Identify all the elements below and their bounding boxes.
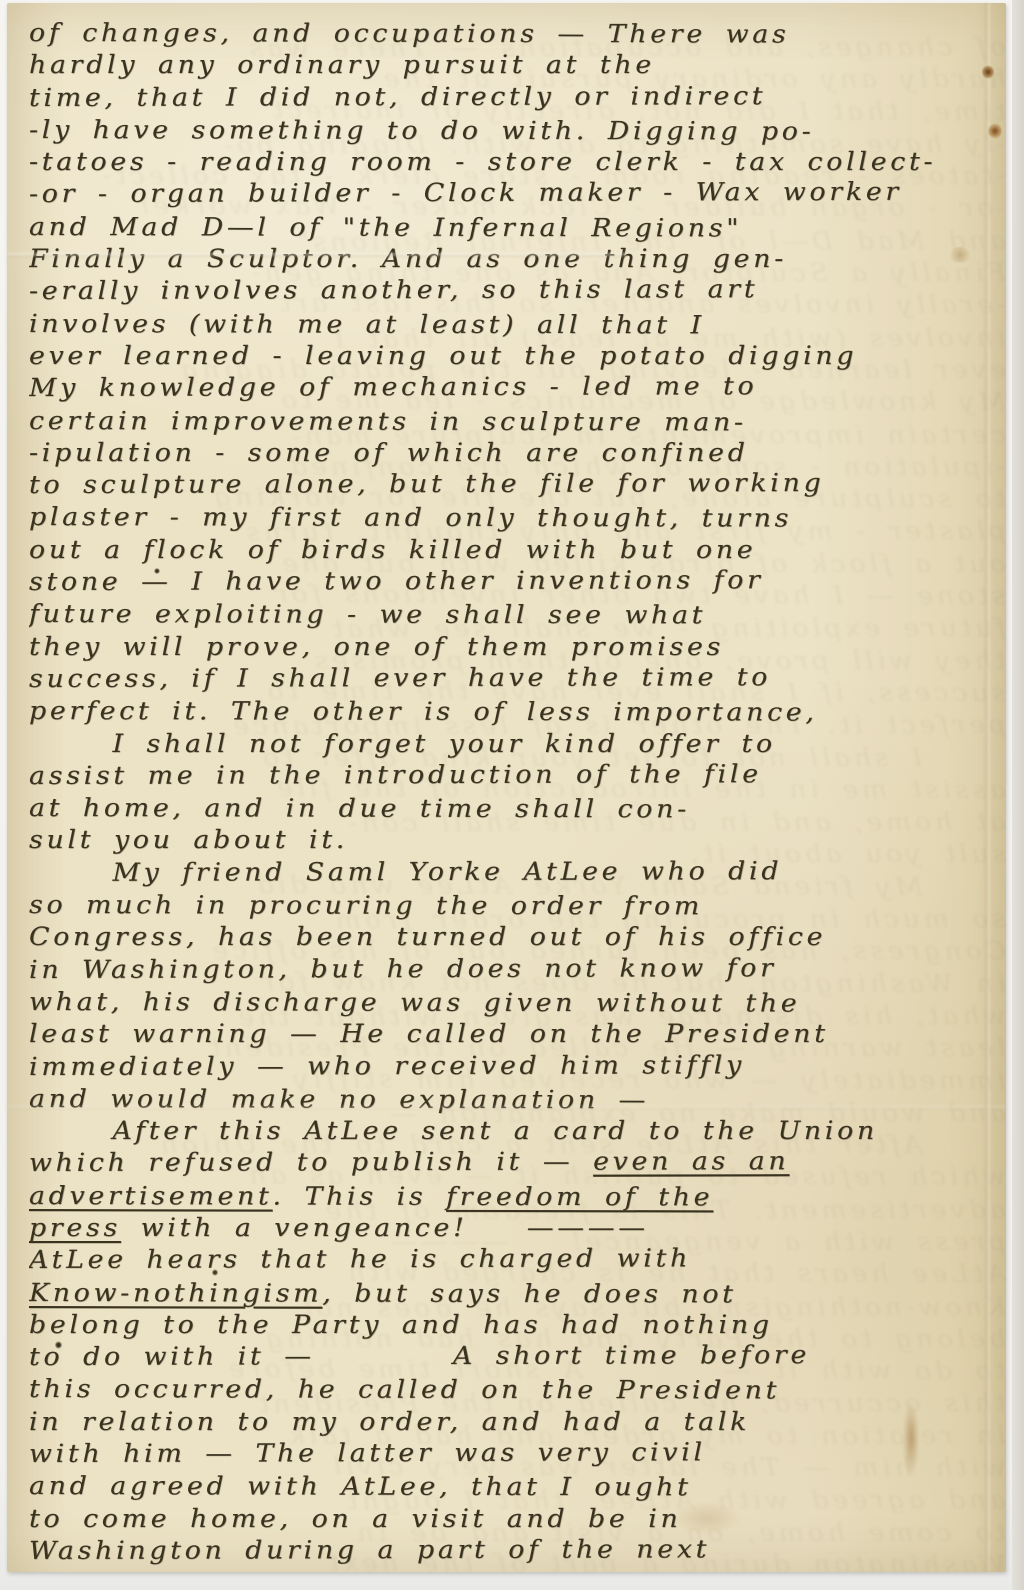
manuscript-line: least warning — He called on the Preside… — [29, 1018, 992, 1050]
manuscript-line: immediately — who received him stiffly — [29, 1048, 992, 1083]
manuscript-line: assist me in the introduction of the fil… — [29, 757, 992, 792]
manuscript-line: at home, and in due time shall con- — [29, 792, 992, 826]
manuscript-line: they will prove, one of them promises — [29, 631, 992, 663]
manuscript-line: so much in procuring the order from — [29, 889, 992, 923]
manuscript-line: Congress, has been turned out of his off… — [29, 921, 992, 953]
manuscript-line: certain improvements in sculpture man- — [29, 405, 992, 439]
manuscript-line: future exploiting - we shall see what — [29, 598, 992, 632]
manuscript-line: perfect it. The other is of less importa… — [29, 695, 992, 729]
scan-edge-strip — [1012, 0, 1024, 1590]
manuscript-line: involves (with me at least) all that I — [29, 308, 992, 342]
manuscript-line: out a flock of birds killed with but one — [29, 534, 992, 566]
manuscript-line: and would make no explanation — — [29, 1083, 992, 1117]
manuscript-line: press with a vengeance! ———— — [29, 1212, 992, 1244]
manuscript-line: Washington during a part of the next — [29, 1532, 992, 1566]
manuscript-line: I shall not forget your kind offer to — [29, 728, 992, 760]
manuscript-line: to sculpture alone, but the file for wor… — [29, 467, 992, 502]
manuscript-text: of changes, and occupations — There wash… — [29, 17, 992, 1566]
manuscript-line: in relation to my order, and had a talk — [29, 1406, 992, 1438]
manuscript-line: -erally involves another, so this last a… — [29, 273, 992, 308]
manuscript-line: Finally a Sculptor. And as one thing gen… — [29, 243, 992, 275]
manuscript-line: to do with it — A short time before — [29, 1339, 992, 1374]
manuscript-line: After this AtLee sent a card to the Unio… — [29, 1115, 992, 1147]
manuscript-line: to come home, on a visit and be in — [29, 1503, 992, 1535]
scanner-background: of changes, and occupations — There wash… — [0, 0, 1024, 1590]
manuscript-line: Know-nothingism, but says he does not — [29, 1277, 992, 1311]
manuscript-line: belong to the Party and has had nothing — [29, 1309, 992, 1341]
manuscript-line: -ipulation - some of which are confined — [29, 437, 992, 469]
manuscript-line: with him — The latter was very civil — [29, 1436, 992, 1471]
fold-crease-horizontal-2 — [7, 1106, 1006, 1109]
manuscript-line: of changes, and occupations — There was — [29, 17, 992, 51]
manuscript-line: sult you about it. — [29, 824, 992, 856]
manuscript-line: AtLee hears that he is charged with — [29, 1242, 992, 1277]
letter-page: of changes, and occupations — There wash… — [7, 3, 1006, 1572]
manuscript-line: and Mad D—l of "the Infernal Regions" — [29, 211, 992, 245]
manuscript-line: success, if I shall ever have the time t… — [29, 660, 992, 695]
manuscript-line: time, that I did not, directly or indire… — [29, 79, 992, 114]
manuscript-line: -or - organ builder - Clock maker - Wax … — [29, 176, 992, 211]
manuscript-line: hardly any ordinary pursuit at the — [29, 49, 992, 81]
manuscript-line: plaster - my first and only thought, tur… — [29, 501, 992, 535]
manuscript-line: advertisement. This is freedom of the — [29, 1180, 992, 1214]
manuscript-line: -tatoes - reading room - store clerk - t… — [29, 146, 992, 178]
manuscript-line: stone — I have two other inventions for — [29, 564, 992, 599]
manuscript-line: -ly have something to do with. Digging p… — [29, 114, 992, 148]
manuscript-line: which refused to publish it — even as an — [29, 1145, 992, 1180]
fold-crease-horizontal — [7, 253, 626, 257]
manuscript-line: this occurred, he called on the Presiden… — [29, 1373, 992, 1407]
manuscript-line: My friend Saml Yorke AtLee who did — [29, 854, 992, 889]
fold-crease-vertical — [985, 3, 990, 1572]
manuscript-line: and agreed with AtLee, that I ought — [29, 1470, 992, 1504]
manuscript-line: ever learned - leaving out the potato di… — [29, 340, 992, 372]
manuscript-line: My knowledge of mechanics - led me to — [29, 370, 992, 405]
manuscript-line: what, his discharge was given without th… — [29, 986, 992, 1020]
manuscript-line: in Washington, but he does not know for — [29, 951, 992, 986]
